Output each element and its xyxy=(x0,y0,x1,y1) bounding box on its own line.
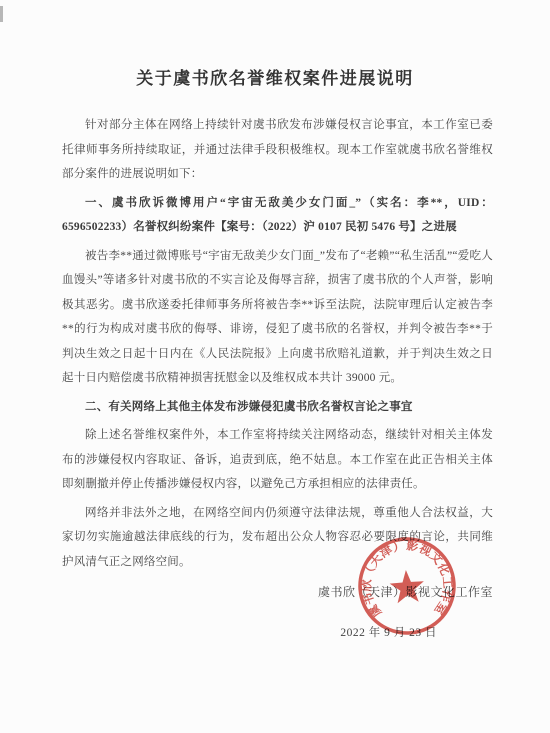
section-2-body: 除上述名誉维权案件外，本工作室将持续关注网络动态，继续针对相关主体发布的涉嫌侵权… xyxy=(62,423,493,497)
page-title: 关于虞书欣名誉维权案件进展说明 xyxy=(0,64,550,89)
section-1-heading: 一、虞书欣诉微博用户“宇宙无敌美少女门面_”（实名：李**，UID：659650… xyxy=(62,191,493,240)
signature-date: 2022 年 9 月 23 日 xyxy=(62,621,493,646)
scan-artifact xyxy=(0,6,3,22)
closing-paragraph: 网络并非法外之地，在网络空间内仍须遵守法律法规，尊重他人合法权益，大家切勿实施逾… xyxy=(62,501,493,575)
section-2-heading: 二、有关网络上其他主体发布涉嫌侵犯虞书欣名誉权言论之事宜 xyxy=(62,395,493,420)
signature-block: 虞书欣（天津）影视文化工作室 2022 年 9 月 23 日 xyxy=(62,580,493,645)
section-1-body: 被告李**通过微博账号“宇宙无敌美少女门面_”发布了“老赖”“私生活乱”“爱吃人… xyxy=(62,244,493,391)
intro-paragraph: 针对部分主体在网络上持续针对虞书欣发布涉嫌侵权言论事宜，本工作室已委托律师事务所… xyxy=(62,113,493,187)
document-page: 关于虞书欣名誉维权案件进展说明 针对部分主体在网络上持续针对虞书欣发布涉嫌侵权言… xyxy=(0,0,550,733)
document-body: 针对部分主体在网络上持续针对虞书欣发布涉嫌侵权言论事宜，本工作室已委托律师事务所… xyxy=(62,113,493,645)
signature-name: 虞书欣（天津）影视文化工作室 xyxy=(62,580,493,605)
